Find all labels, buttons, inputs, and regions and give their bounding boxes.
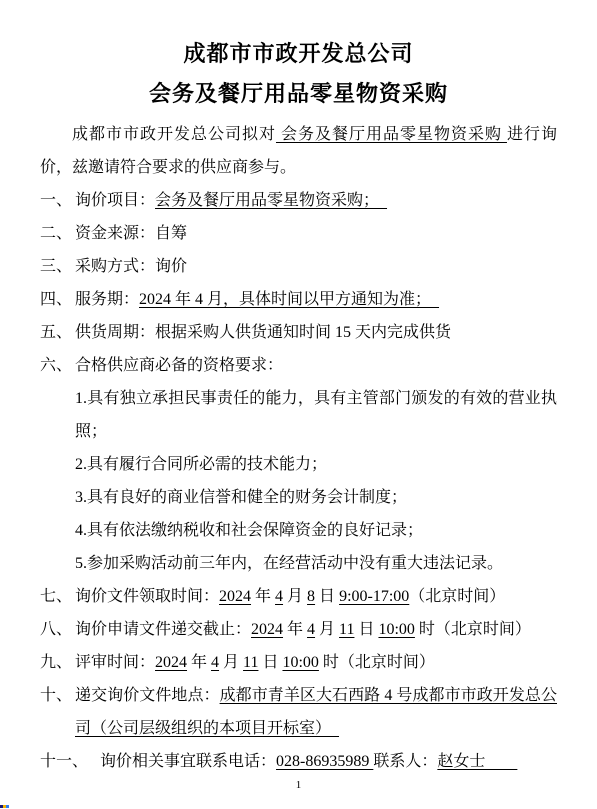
list-item-text: 服务期：2024 年 4 月，具体时间以甲方通知为准； [75,283,557,316]
plain-text: 合格供应商必备的资格要求： [75,357,283,374]
plain-text: 5.参加采购活动前三年内，在经营活动中没有重大违法记录。 [75,555,503,572]
list-item-label: 十、 [40,679,75,745]
underlined-text: 4 [275,588,283,605]
plain-text: 月 [283,588,307,605]
plain-text: 2.具有履行合同所必需的技术能力； [75,456,327,473]
underlined-text: 会务及餐厅用品零星物资采购； [155,192,387,209]
underlined-text: 4 [211,654,219,671]
plain-text: 时（北京时间） [415,621,531,638]
list-item-text: 评审时间：2024 年 4 月 11 日 10:00 时（北京时间） [75,646,557,679]
list-item: 五、供货周期：根据采购人供货通知时间 15 天内完成供货 [40,316,557,349]
underlined-text: 11 [339,621,354,638]
plain-text: 日 [258,654,282,671]
list-item-text: 递交询价文件地点：成都市青羊区大石西路 4 号成都市市政开发总公司（公司层级组织… [75,679,557,745]
underlined-text: 会务及餐厅用品零星物资采购 [276,126,507,143]
underlined-text: 2024 年 4 月，具体时间以甲方通知为准； [139,291,439,308]
plain-text: （北京时间） [409,588,505,605]
plain-text: 询价相关事宜联系电话： [100,753,276,770]
list-item-text: 资金来源：自筹 [75,217,557,250]
list-item: 十一、询价相关事宜联系电话：028-86935989 联系人：赵女士 [40,745,557,778]
document-title: 成都市市政开发总公司 [40,34,557,74]
plain-text: 询价申请文件递交截止： [75,621,251,638]
list-item-label: 八、 [40,613,75,646]
list-item-label: 一、 [40,184,75,217]
underlined-text: 赵女士 [437,753,517,770]
intro-paragraph: 成都市市政开发总公司拟对 会务及餐厅用品零星物资采购 进行询价，兹邀请符合要求的… [40,118,557,184]
plain-text: 询价文件领取时间： [75,588,219,605]
list-item-label: 十一、 [40,745,100,778]
underlined-text: 8 [307,588,315,605]
list-item: 二、资金来源：自筹 [40,217,557,250]
plain-text: 年 [251,588,275,605]
list-item-label: 三、 [40,250,75,283]
plain-text: 联系人： [373,753,437,770]
list-item-text: 询价相关事宜联系电话：028-86935989 联系人：赵女士 [100,745,557,778]
list-item-text: 合格供应商必备的资格要求： [75,349,557,382]
document-page: 成都市市政开发总公司 会务及餐厅用品零星物资采购 成都市市政开发总公司拟对 会务… [0,0,597,809]
list-item: 十、递交询价文件地点：成都市青羊区大石西路 4 号成都市市政开发总公司（公司层级… [40,679,557,745]
list-item-text: 询价申请文件递交截止：2024 年 4 月 11 日 10:00 时（北京时间） [75,613,557,646]
underlined-text: 10:00 [282,654,318,671]
plain-text: 时（北京时间） [319,654,435,671]
plain-text: 评审时间： [75,654,155,671]
plain-text: 资金来源：自筹 [75,225,187,242]
corner-pixel-marks [0,805,9,808]
plain-text: 3.具有良好的商业信誉和健全的财务会计制度； [75,489,407,506]
list-item: 六、合格供应商必备的资格要求： [40,349,557,382]
plain-text: 服务期： [75,291,139,308]
sub-item: 1.具有独立承担民事责任的能力，具有主管部门颁发的有效的营业执照； [40,382,557,448]
plain-text: 询价项目： [75,192,155,209]
list-item-label: 九、 [40,646,75,679]
underlined-text: 4 [307,621,315,638]
sub-item: 4.具有依法缴纳税收和社会保障资金的良好记录； [40,514,557,547]
list-item: 三、采购方式：询价 [40,250,557,283]
list-item: 四、服务期：2024 年 4 月，具体时间以甲方通知为准； [40,283,557,316]
list-item: 八、询价申请文件递交截止：2024 年 4 月 11 日 10:00 时（北京时… [40,613,557,646]
list-item: 一、询价项目：会务及餐厅用品零星物资采购； [40,184,557,217]
underlined-text: 10:00 [378,621,414,638]
list-item-text: 询价文件领取时间：2024 年 4 月 8 日 9:00-17:00（北京时间） [75,580,557,613]
plain-text: 日 [315,588,339,605]
plain-text: 采购方式：询价 [75,258,187,275]
list-item-text: 采购方式：询价 [75,250,557,283]
plain-text: 日 [354,621,378,638]
document-body: 成都市市政开发总公司拟对 会务及餐厅用品零星物资采购 进行询价，兹邀请符合要求的… [40,118,557,778]
plain-text: 月 [315,621,339,638]
list-item-label: 二、 [40,217,75,250]
underlined-text: 2024 [251,621,283,638]
list-item-label: 五、 [40,316,75,349]
corner-color-pixel [6,805,9,808]
document-subtitle: 会务及餐厅用品零星物资采购 [40,74,557,114]
underlined-text: 2024 [219,588,251,605]
underlined-text: 9:00-17:00 [339,588,409,605]
list-item-label: 七、 [40,580,75,613]
sub-item: 5.参加采购活动前三年内，在经营活动中没有重大违法记录。 [40,547,557,580]
list-item-text: 供货周期：根据采购人供货通知时间 15 天内完成供货 [75,316,557,349]
underlined-text: 028-86935989 [276,753,373,770]
underlined-text: 2024 [155,654,187,671]
page-number: 1 [0,778,597,792]
plain-text: 年 [283,621,307,638]
list-item: 七、询价文件领取时间：2024 年 4 月 8 日 9:00-17:00（北京时… [40,580,557,613]
list-item-label: 四、 [40,283,75,316]
plain-text: 成都市市政开发总公司拟对 [72,126,276,143]
plain-text: 年 [187,654,211,671]
plain-text: 1.具有独立承担民事责任的能力，具有主管部门颁发的有效的营业执照； [75,390,557,440]
plain-text: 供货周期：根据采购人供货通知时间 15 天内完成供货 [75,324,451,341]
sub-item: 2.具有履行合同所必需的技术能力； [40,448,557,481]
list-item-label: 六、 [40,349,75,382]
plain-text: 月 [219,654,243,671]
underlined-text: 11 [243,654,258,671]
list-item-text: 询价项目：会务及餐厅用品零星物资采购； [75,184,557,217]
plain-text: 4.具有依法缴纳税收和社会保障资金的良好记录； [75,522,423,539]
list-item: 九、评审时间：2024 年 4 月 11 日 10:00 时（北京时间） [40,646,557,679]
plain-text: 递交询价文件地点： [75,687,220,704]
sub-item: 3.具有良好的商业信誉和健全的财务会计制度； [40,481,557,514]
